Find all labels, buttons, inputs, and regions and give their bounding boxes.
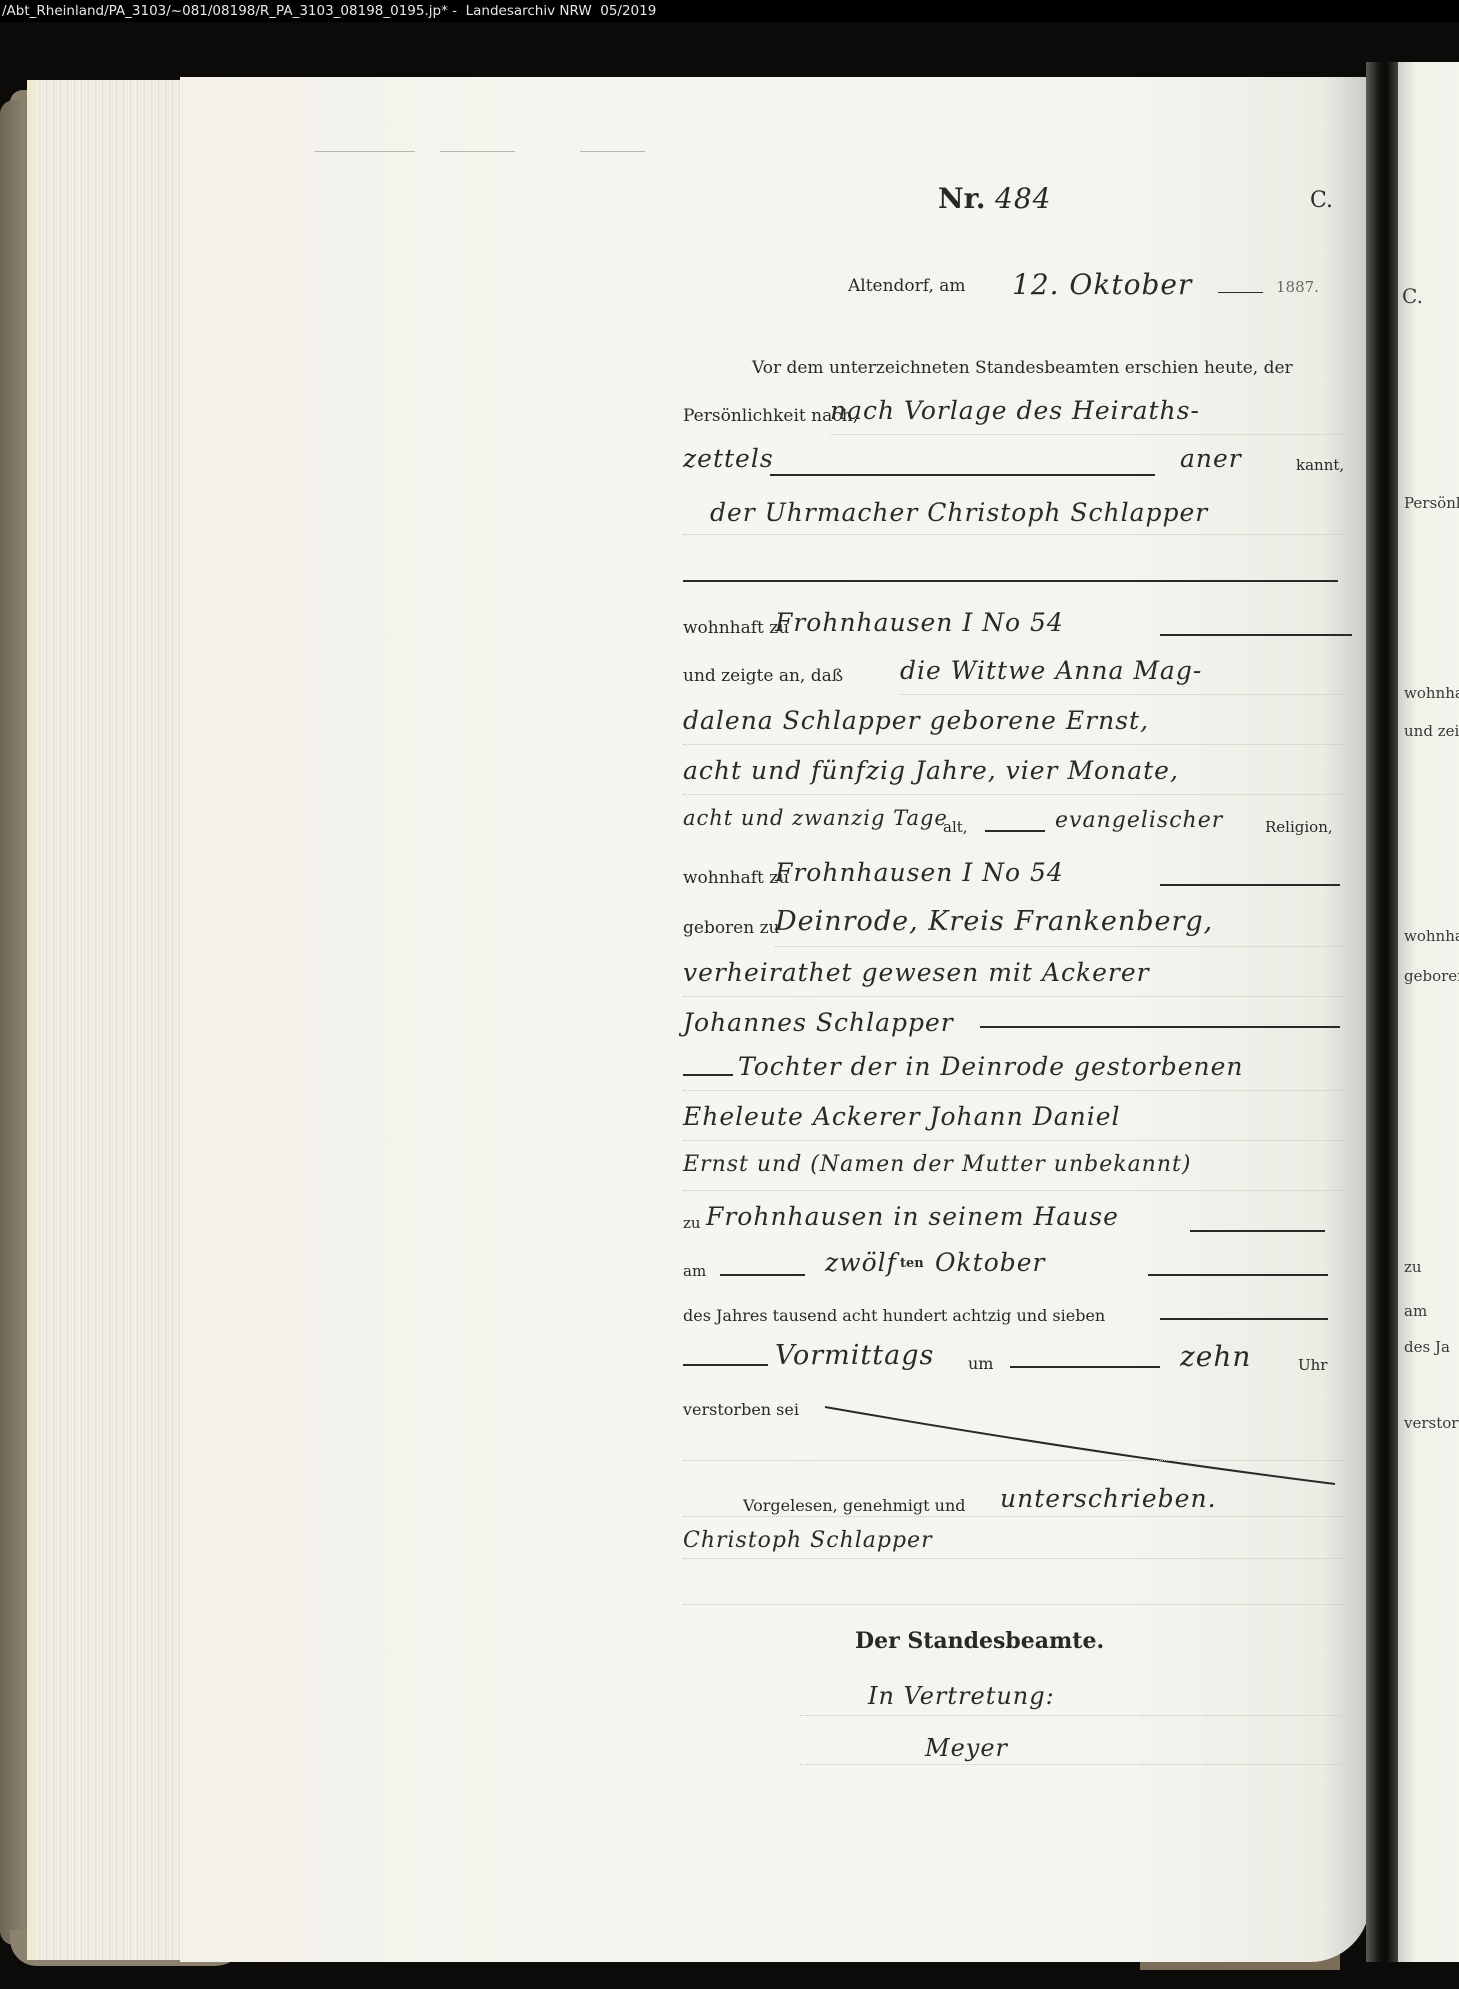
facing-section: C. — [1402, 284, 1423, 308]
parents-line-3: Ernst und (Namen der Mutter unbekannt) — [683, 1152, 1191, 1177]
residence-label: wohnhaft zu — [683, 618, 789, 638]
dotted-guide — [683, 996, 1343, 997]
blank-rule — [683, 1364, 768, 1366]
on-label: am — [683, 1262, 706, 1280]
deceased-residence: Frohnhausen I No 54 — [775, 858, 1064, 887]
blank-rule — [1160, 1318, 1328, 1320]
blank-rule — [1160, 884, 1340, 886]
dotted-guide — [800, 1764, 1340, 1765]
dotted-guide — [683, 1140, 1343, 1141]
record-year: 1887. — [1276, 278, 1319, 296]
page-edge-stack — [27, 80, 185, 1960]
window-title: /Abt_Rheinland/PA_3103/~081/08198/R_PA_3… — [0, 0, 1459, 22]
facing-label: des Ja — [1404, 1338, 1450, 1356]
blank-rule — [1218, 292, 1263, 293]
blank-rule — [1190, 1230, 1325, 1232]
death-hour: zehn — [1180, 1340, 1251, 1373]
dotted-guide — [775, 946, 1345, 947]
death-place-label: zu — [683, 1214, 701, 1232]
blank-rule — [980, 1026, 1340, 1028]
died-label: verstorben sei — [683, 1400, 799, 1419]
cancel-stroke — [820, 1402, 1340, 1492]
death-place: Frohnhausen in seinem Hause — [706, 1202, 1119, 1231]
registration-date: 12. Oktober — [1012, 268, 1192, 301]
blank-rule — [1148, 1274, 1328, 1276]
dotted-guide — [800, 1715, 1340, 1716]
dotted-guide — [683, 534, 1343, 535]
day-suffix: ten — [900, 1256, 924, 1271]
facing-label: am — [1404, 1302, 1427, 1320]
religion: evangelischer — [1055, 808, 1223, 833]
time-label: um — [968, 1354, 993, 1373]
deceased-hand-2: dalena Schlapper geborene Ernst, — [683, 706, 1149, 735]
dotted-guide — [900, 694, 1345, 695]
dotted-guide — [683, 1516, 1343, 1517]
book-gutter — [1366, 62, 1400, 1962]
dotted-guide — [683, 1460, 1343, 1461]
reported-label: und zeigte an, daß — [683, 666, 843, 686]
facing-label: geboren — [1404, 967, 1459, 985]
faint-rule — [315, 151, 415, 152]
intro-text: Vor dem unterzeichneten Standesbeamten e… — [752, 358, 1293, 378]
facing-label: wohnhaf — [1404, 684, 1459, 702]
faint-rule — [580, 151, 645, 152]
declarant-name: der Uhrmacher Christoph Schlapper — [710, 498, 1208, 527]
spouse-name: Johannes Schlapper — [683, 1008, 954, 1037]
deceased-hand-1: die Wittwe Anna Mag- — [900, 656, 1202, 685]
marital-status: verheirathet gewesen mit Ackerer — [683, 958, 1150, 987]
dotted-guide — [683, 1558, 1343, 1559]
place-date-label: Altendorf, am — [848, 276, 966, 296]
religion-label: Religion, — [1265, 818, 1333, 836]
facing-page: C. Persönlic wohnhaf und zei wohnha gebo… — [1398, 62, 1459, 1962]
born-label: geboren zu — [683, 918, 780, 938]
blank-rule — [985, 830, 1045, 832]
parents-line-2: Eheleute Ackerer Johann Daniel — [683, 1102, 1121, 1131]
dotted-guide — [830, 434, 1345, 435]
identity-hand: nach Vorlage des Heiraths- — [830, 396, 1200, 425]
blank-rule — [683, 1074, 733, 1076]
blank-rule — [720, 1274, 805, 1276]
identity-hand-2: zettels — [683, 444, 774, 473]
dotted-guide — [683, 794, 1343, 795]
section-letter: C. — [1310, 188, 1333, 213]
facing-label: wohnha — [1404, 927, 1459, 945]
blank-rule — [1010, 1366, 1160, 1368]
year-text: des Jahres tausend acht hundert achtzig … — [683, 1306, 1105, 1325]
dotted-guide — [683, 1090, 1343, 1091]
declarant-signature: Christoph Schlapper — [683, 1528, 933, 1553]
parents-line-1: Tochter der in Deinrode gestorbenen — [738, 1052, 1244, 1081]
identity-hand-3: aner — [1180, 444, 1242, 473]
age-label: alt, — [943, 818, 968, 836]
facing-label: zu — [1404, 1258, 1422, 1276]
read-approved-label: Vorgelesen, genehmigt und — [743, 1496, 966, 1515]
scan-viewport: C. Persönlic wohnhaf und zei wohnha gebo… — [0, 22, 1459, 1989]
identity-suffix: kannt, — [1296, 456, 1344, 474]
facing-label: Persönlic — [1404, 494, 1459, 512]
official-signature-2: Meyer — [925, 1734, 1008, 1762]
dotted-guide — [683, 1604, 1343, 1605]
residence2-label: wohnhaft zu — [683, 868, 789, 888]
hour-label: Uhr — [1298, 1356, 1327, 1374]
deceased-age: acht und fünfzig Jahre, vier Monate, — [683, 756, 1179, 785]
dotted-guide — [683, 1190, 1343, 1191]
declarant-residence: Frohnhausen I No 54 — [775, 608, 1064, 637]
death-month: Oktober — [935, 1248, 1046, 1277]
blank-rule — [1160, 634, 1352, 636]
facing-label: verstorb — [1404, 1414, 1459, 1432]
faint-rule — [440, 151, 515, 152]
official-signature-1: In Vertretung: — [868, 1682, 1055, 1710]
signed-hand: unterschrieben. — [1000, 1484, 1217, 1513]
blank-rule — [770, 474, 1155, 476]
record-number-label: Nr. — [938, 182, 986, 215]
blank-rule — [683, 580, 1338, 582]
facing-label: und zei — [1404, 722, 1459, 740]
dotted-guide — [683, 744, 1343, 745]
death-day: zwölf — [825, 1248, 897, 1277]
deceased-age-days: acht und zwanzig Tage — [683, 806, 948, 830]
time-of-day: Vormittags — [775, 1340, 934, 1371]
birthplace: Deinrode, Kreis Frankenberg, — [775, 906, 1213, 937]
record-number: 484 — [995, 182, 1051, 215]
official-title: Der Standesbeamte. — [855, 1628, 1104, 1654]
